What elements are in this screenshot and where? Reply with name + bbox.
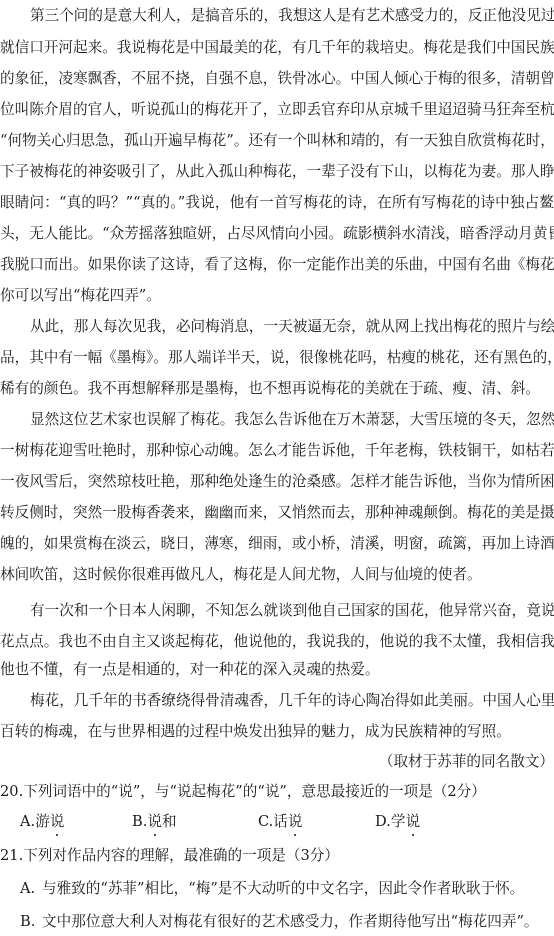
passage-line: 位叫陈介眉的官人，听说孤山的梅花开了，立即丢官弃印从京城千里迢迢骑马狂奔至杭州， <box>0 100 554 120</box>
option-d: D.学说 <box>375 812 420 832</box>
passage-line: 他也不懂，有一点是相通的，对一种花的深入灵魂的热爱。 <box>0 660 554 680</box>
passage-line: 的象征，凌寒飘香，不屈不挠，自强不息，铁骨冰心。中国人倾心于梅的很多，清朝曾有一 <box>0 69 554 89</box>
option-c: C.话说 <box>258 812 303 832</box>
emphasis-dot-char: 说 <box>50 812 65 832</box>
passage-line: 转反侧时，突然一股梅香袭来，幽幽而来，又悄然而去，那种神魂颠倒。梅花的美是摄人魂 <box>0 503 554 523</box>
choice-b: B.文中那位意大利人对梅花有很好的艺术感受力，作者期待他写出“梅花四弄”。 <box>20 912 539 932</box>
passage-line: 第三个问的是意大利人，是搞音乐的，我想这人是有艺术感受力的，反正他没见过梅花， <box>30 6 554 26</box>
passage-line: 魄的，如果赏梅在淡云，晓日，薄寒，细雨，或小桥，清溪，明窗，疏篱，再加上诗酒横琴… <box>0 534 554 554</box>
choice-a: A.与雅致的“苏菲”相比，“梅”是不大动听的中文名字，因此令作者耿耿于怀。 <box>20 879 524 899</box>
option-b: B.说和 <box>132 812 177 832</box>
option-letter: D. <box>375 813 391 830</box>
emphasis-dot-char: 说 <box>288 812 303 832</box>
emphasis-dot-char: 说 <box>147 812 162 832</box>
passage-line: 下子被梅花的神姿吸引了，从此入孤山种梅花，一辈子没有下山，以梅花为妻。那人睁大了 <box>0 162 554 182</box>
option-text: 和 <box>162 813 177 830</box>
option-letter: C. <box>258 813 273 830</box>
option-text: 游 <box>35 813 50 830</box>
option-letter: B. <box>132 813 147 830</box>
passage-line: 我脱口而出。如果你读了这诗，看了这梅，你一定能作出美的乐曲，中国有名曲《梅花三弄… <box>0 255 554 275</box>
choice-text: 文中那位意大利人对梅花有很好的艺术感受力，作者期待他写出“梅花四弄”。 <box>42 913 539 930</box>
passage-line: 眼睛问：“真的吗？”“真的。”我说，他有一首写梅花的诗，在所有写梅花的诗中独占鳌 <box>0 193 554 213</box>
emphasis-dot-char: 说 <box>405 812 420 832</box>
passage-line: 品，其中有一幅《墨梅》。那人端详半天，说，很像桃花吗，枯瘦的桃花，还有黑色的，很 <box>0 348 554 368</box>
choice-letter: B. <box>20 912 42 932</box>
passage-line: “何物关心归思急，孤山开遍早梅花”。还有一个叫林和靖的，有一天独自欣赏梅花时，一 <box>0 131 554 151</box>
passage-line: 头，无人能比。“众芳摇落独暄妍，占尽风情向小园。疏影横斜水清浅，暗香浮动月黄昏”… <box>0 224 554 244</box>
passage-line: 稀有的颜色。我不再想解释那是墨梅，也不想再说梅花的美就在于疏、瘦、清、斜。 <box>0 379 554 399</box>
passage-line: 一夜风雪后，突然琼枝吐艳，那种绝处逢生的沧桑感。怎样才能告诉他，当你为情所困，辗 <box>0 472 554 492</box>
passage-line: 花点点。我也不由自主又谈起梅花，他说他的，我说我的，他说的我不太懂，我相信我说的 <box>0 632 554 652</box>
passage-line: 百转的梅魂，在与世界相遇的过程中焕发出独异的魅力，成为民族精神的写照。 <box>0 722 554 742</box>
question-stem: 20.下列词语中的“说”，与“说起梅花”的“说”，意思最接近的一项是（2分） <box>0 782 486 802</box>
option-text: 学 <box>391 813 406 830</box>
passage-line: 有一次和一个日本人闲聊，不知怎么就谈到他自己国家的国花，他异常兴奋，竟说得泪 <box>30 601 554 621</box>
passage-line: 林间吹笛，这时候你很难再做凡人，梅花是人间尤物，人间与仙境的使者。 <box>0 565 554 585</box>
passage-line: 显然这位艺术家也误解了梅花。我怎么告诉他在万木萧瑟，大雪压境的冬天，忽然看到 <box>30 410 554 430</box>
option-text: 话 <box>273 813 288 830</box>
passage-line: 从此，那人每次见我，必问梅消息，一天被逼无奈，就从网上找出梅花的照片与绘画作 <box>30 317 554 337</box>
passage-source: （取材于苏菲的同名散文） <box>379 752 554 772</box>
passage-line: 就信口开河起来。我说梅花是中国最美的花，有几千年的栽培史。梅花是我们中国民族精神 <box>0 38 554 58</box>
option-letter: A. <box>20 813 35 830</box>
question-stem: 21.下列对作品内容的理解，最准确的一项是（3分） <box>0 846 339 866</box>
passage-line: 你可以写出“梅花四弄”。 <box>0 286 554 306</box>
choice-letter: A. <box>20 879 42 899</box>
passage-line: 一树梅花迎雪吐艳时，那种惊心动魄。怎么才能告诉他，千年老梅，铁枝铜干，如枯若死， <box>0 441 554 461</box>
choice-text: 与雅致的“苏菲”相比，“梅”是不大动听的中文名字，因此令作者耿耿于怀。 <box>42 880 524 897</box>
option-a: A.游说 <box>20 812 64 832</box>
passage-line: 梅花，几千年的书香缭绕得骨清魂香，几千年的诗心陶冶得如此美丽。中国人心里千回 <box>30 691 554 711</box>
